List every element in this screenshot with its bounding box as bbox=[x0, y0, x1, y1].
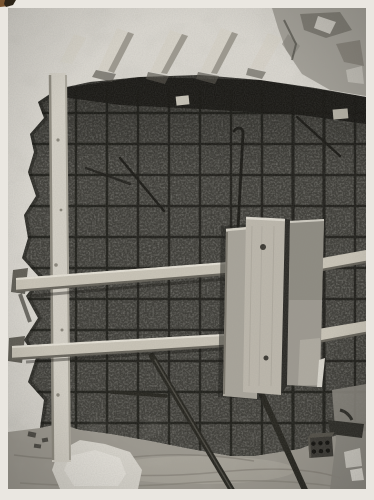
scene-canvas bbox=[0, 0, 374, 500]
vignette bbox=[8, 8, 366, 489]
photo-print bbox=[0, 0, 374, 500]
